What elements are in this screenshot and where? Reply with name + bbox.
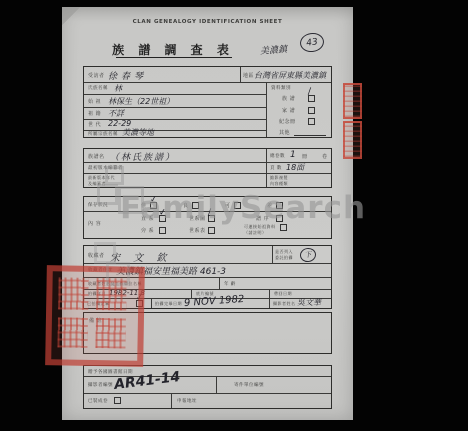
volumes-unit-book: 冊 <box>302 153 308 160</box>
microfilm-label-line2: 內容種類 <box>270 181 288 187</box>
category-family-label: 家 譜 <box>282 107 295 114</box>
divider <box>219 277 220 289</box>
content-table-label: 世系表 <box>189 227 206 234</box>
watermark-logo-square <box>94 242 116 264</box>
photographer-number-label: 攝影者編號 <box>88 382 113 388</box>
listed-circled-mark: 下 <box>299 247 317 263</box>
content-label: 內 容 <box>88 220 101 227</box>
section-processing-box: 贈予各國圖書館日期 攝影者編號 AR41-14 寄件單位編號 已裝成卷 申報地址 <box>83 365 332 409</box>
check-mark-icon: ∕ <box>307 88 311 97</box>
return-date-label: 帶回日期 <box>274 291 292 297</box>
interviewee-value: 徐春琴 <box>108 69 147 82</box>
reel-complete-label: 已裝成卷 <box>88 398 108 404</box>
red-seal-lower-cell <box>343 121 362 159</box>
divider <box>171 393 172 408</box>
clan-value: 林 <box>114 83 122 94</box>
volumes-unit-roll: 卷 <box>322 153 328 160</box>
content-collateral-checkbox <box>159 227 166 234</box>
divider <box>216 376 217 393</box>
divider <box>240 67 241 82</box>
handwritten-circled-mark: 43 <box>299 31 325 53</box>
familysearch-watermark: FamilySearch <box>120 190 366 226</box>
ancestor-value: 林保生（22世祖） <box>108 96 174 107</box>
watermark-logo-square <box>106 262 130 286</box>
circled-mark-text: 43 <box>306 37 319 48</box>
section-respondent-box: 受訪者 徐春琴 地區 台灣省屏東縣美濃鎮 氏族名稱 林 始 祖 林保生（22世祖… <box>83 66 332 138</box>
seal-script-block <box>95 318 126 349</box>
origin-label: 祖 籍 <box>88 110 101 117</box>
clan-label: 氏族名稱 <box>88 85 108 91</box>
sender-unit-label: 寄件單位編號 <box>234 382 264 388</box>
divider <box>266 149 267 187</box>
genealogy-name-label: 族譜名 <box>88 153 105 160</box>
pages-value: 18面 <box>286 162 304 173</box>
library-gift-label: 贈予各國圖書館日期 <box>88 369 133 375</box>
divider <box>272 246 273 263</box>
reel-complete-checkbox <box>114 397 121 404</box>
divider <box>269 289 270 298</box>
photographer-value: 吳文華 <box>297 297 321 308</box>
divider <box>269 298 270 308</box>
interviewee-label: 受訪者 <box>88 72 105 79</box>
red-seal-upper-cell <box>343 83 362 119</box>
form-title-underline <box>116 57 232 58</box>
divider <box>84 393 331 394</box>
generations-label: 世 代 <box>88 121 101 128</box>
listed-value: 下 <box>304 250 312 261</box>
done-date-label: 拍攝完畢日期 <box>155 301 182 307</box>
content-collateral-label: 旁 系 <box>141 227 154 234</box>
form-title: 族 譜 調 查 表 <box>102 41 244 58</box>
category-genealogy-label: 族 譜 <box>282 95 295 102</box>
category-other-label: 其他 <box>279 129 290 136</box>
photographer-label: 攝影者姓名 <box>273 301 296 307</box>
category-family-checkbox <box>308 107 315 114</box>
scanned-document-viewport: CLAN GENEALOGY IDENTIFICATION SHEET 族 譜 … <box>0 0 468 431</box>
volumes-value: 1 <box>290 150 296 160</box>
watermark-logo-square <box>105 166 124 185</box>
seal-script-block <box>57 317 88 348</box>
origin-value: 不詳 <box>108 108 124 119</box>
watermark-logo-square <box>97 184 118 205</box>
volumes-label: 總卷數 <box>270 153 285 159</box>
ancestor-label: 始 祖 <box>88 98 101 105</box>
area-value: 台灣省屏東縣美濃鎮 <box>254 70 326 81</box>
scan-header-title: CLAN GENEALOGY IDENTIFICATION SHEET <box>62 19 353 25</box>
divider <box>84 94 266 95</box>
content-link-note: （請註明） <box>244 230 267 236</box>
region-label: 所屬宗族名稱 <box>88 131 118 137</box>
divider <box>266 82 267 137</box>
divider <box>151 298 152 308</box>
content-table-checkbox <box>208 227 215 234</box>
pages-label: 頁 數 <box>270 165 282 171</box>
category-header: 資料類別 <box>271 85 291 91</box>
category-memorial-label: 紀念冊 <box>279 118 296 125</box>
handwritten-annotation: 美濃鎮 <box>260 42 288 57</box>
genealogy-name-value: （林氏族譜） <box>110 150 176 163</box>
red-seal-stamp-right <box>343 83 362 159</box>
category-memorial-checkbox <box>308 118 315 125</box>
report-address-label: 申報地址 <box>177 398 197 404</box>
age-label: 年 齡 <box>224 281 236 287</box>
listed-label-line2: 委託拍攝 <box>275 255 293 261</box>
seal-script-block <box>58 277 89 310</box>
other-fill-line <box>294 135 326 136</box>
done-date-value: 9 NOV 1982 <box>184 294 245 309</box>
region-value: 美濃等地 <box>122 127 154 138</box>
area-label: 地區 <box>243 72 254 79</box>
